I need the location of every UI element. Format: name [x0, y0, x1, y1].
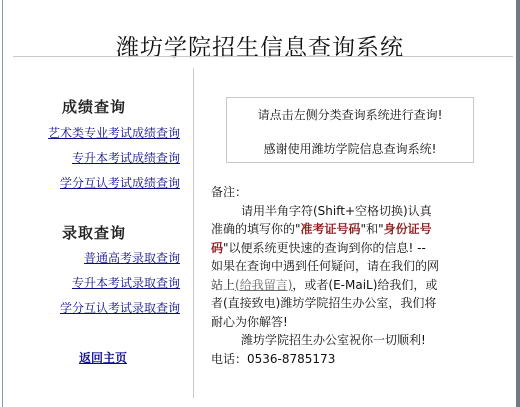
notice-line-2: 感谢使用潍坊学院信息查询系统!: [227, 140, 473, 157]
phone-line: 电话：0536-8785173: [211, 350, 439, 369]
notes-paragraph: 请用半角字符(Shift+空格切换)认真准确的填写你的"准考证号码"和"身份证号…: [211, 202, 439, 332]
notice-line-1: 请点击左侧分类查询系统进行查询!: [227, 106, 473, 123]
notes-panel: 备注： 请用半角字符(Shift+空格切换)认真准确的填写你的"准考证号码"和"…: [211, 183, 439, 368]
nav-upgrade-admission[interactable]: 专升本考试录取查询: [72, 274, 180, 291]
phone-label: 电话：: [211, 352, 247, 366]
nav-credit-admission[interactable]: 学分互认考试录取查询: [60, 299, 180, 316]
nav-upgrade-scores[interactable]: 专升本考试成绩查询: [72, 149, 180, 166]
exam-number-emphasis: 准考证号码: [301, 222, 361, 236]
leave-message-link[interactable]: (给我留言): [235, 278, 292, 292]
nav-art-scores[interactable]: 艺术类专业考试成绩查询: [48, 124, 180, 141]
notes-wishes: 潍坊学院招生办公室祝你一切顺利!: [211, 331, 439, 350]
home-link[interactable]: 返回主页: [79, 349, 127, 366]
notes-label: 备注：: [211, 183, 439, 202]
notice-box: 请点击左侧分类查询系统进行查询! 感谢使用潍坊学院信息查询系统!: [226, 97, 474, 163]
admission-section-title: 录取查询: [62, 222, 126, 243]
phone-number: 0536-8785173: [247, 352, 335, 366]
sidebar: 成绩查询 艺术类专业考试成绩查询 专升本考试成绩查询 学分互认考试成绩查询 录取…: [0, 0, 180, 407]
sidebar-divider: [193, 68, 194, 398]
notes-text: "和": [361, 222, 384, 236]
nav-credit-scores[interactable]: 学分互认考试成绩查询: [60, 174, 180, 191]
nav-gaokao-admission[interactable]: 普通高考录取查询: [84, 249, 180, 266]
scores-section-title: 成绩查询: [62, 96, 126, 117]
